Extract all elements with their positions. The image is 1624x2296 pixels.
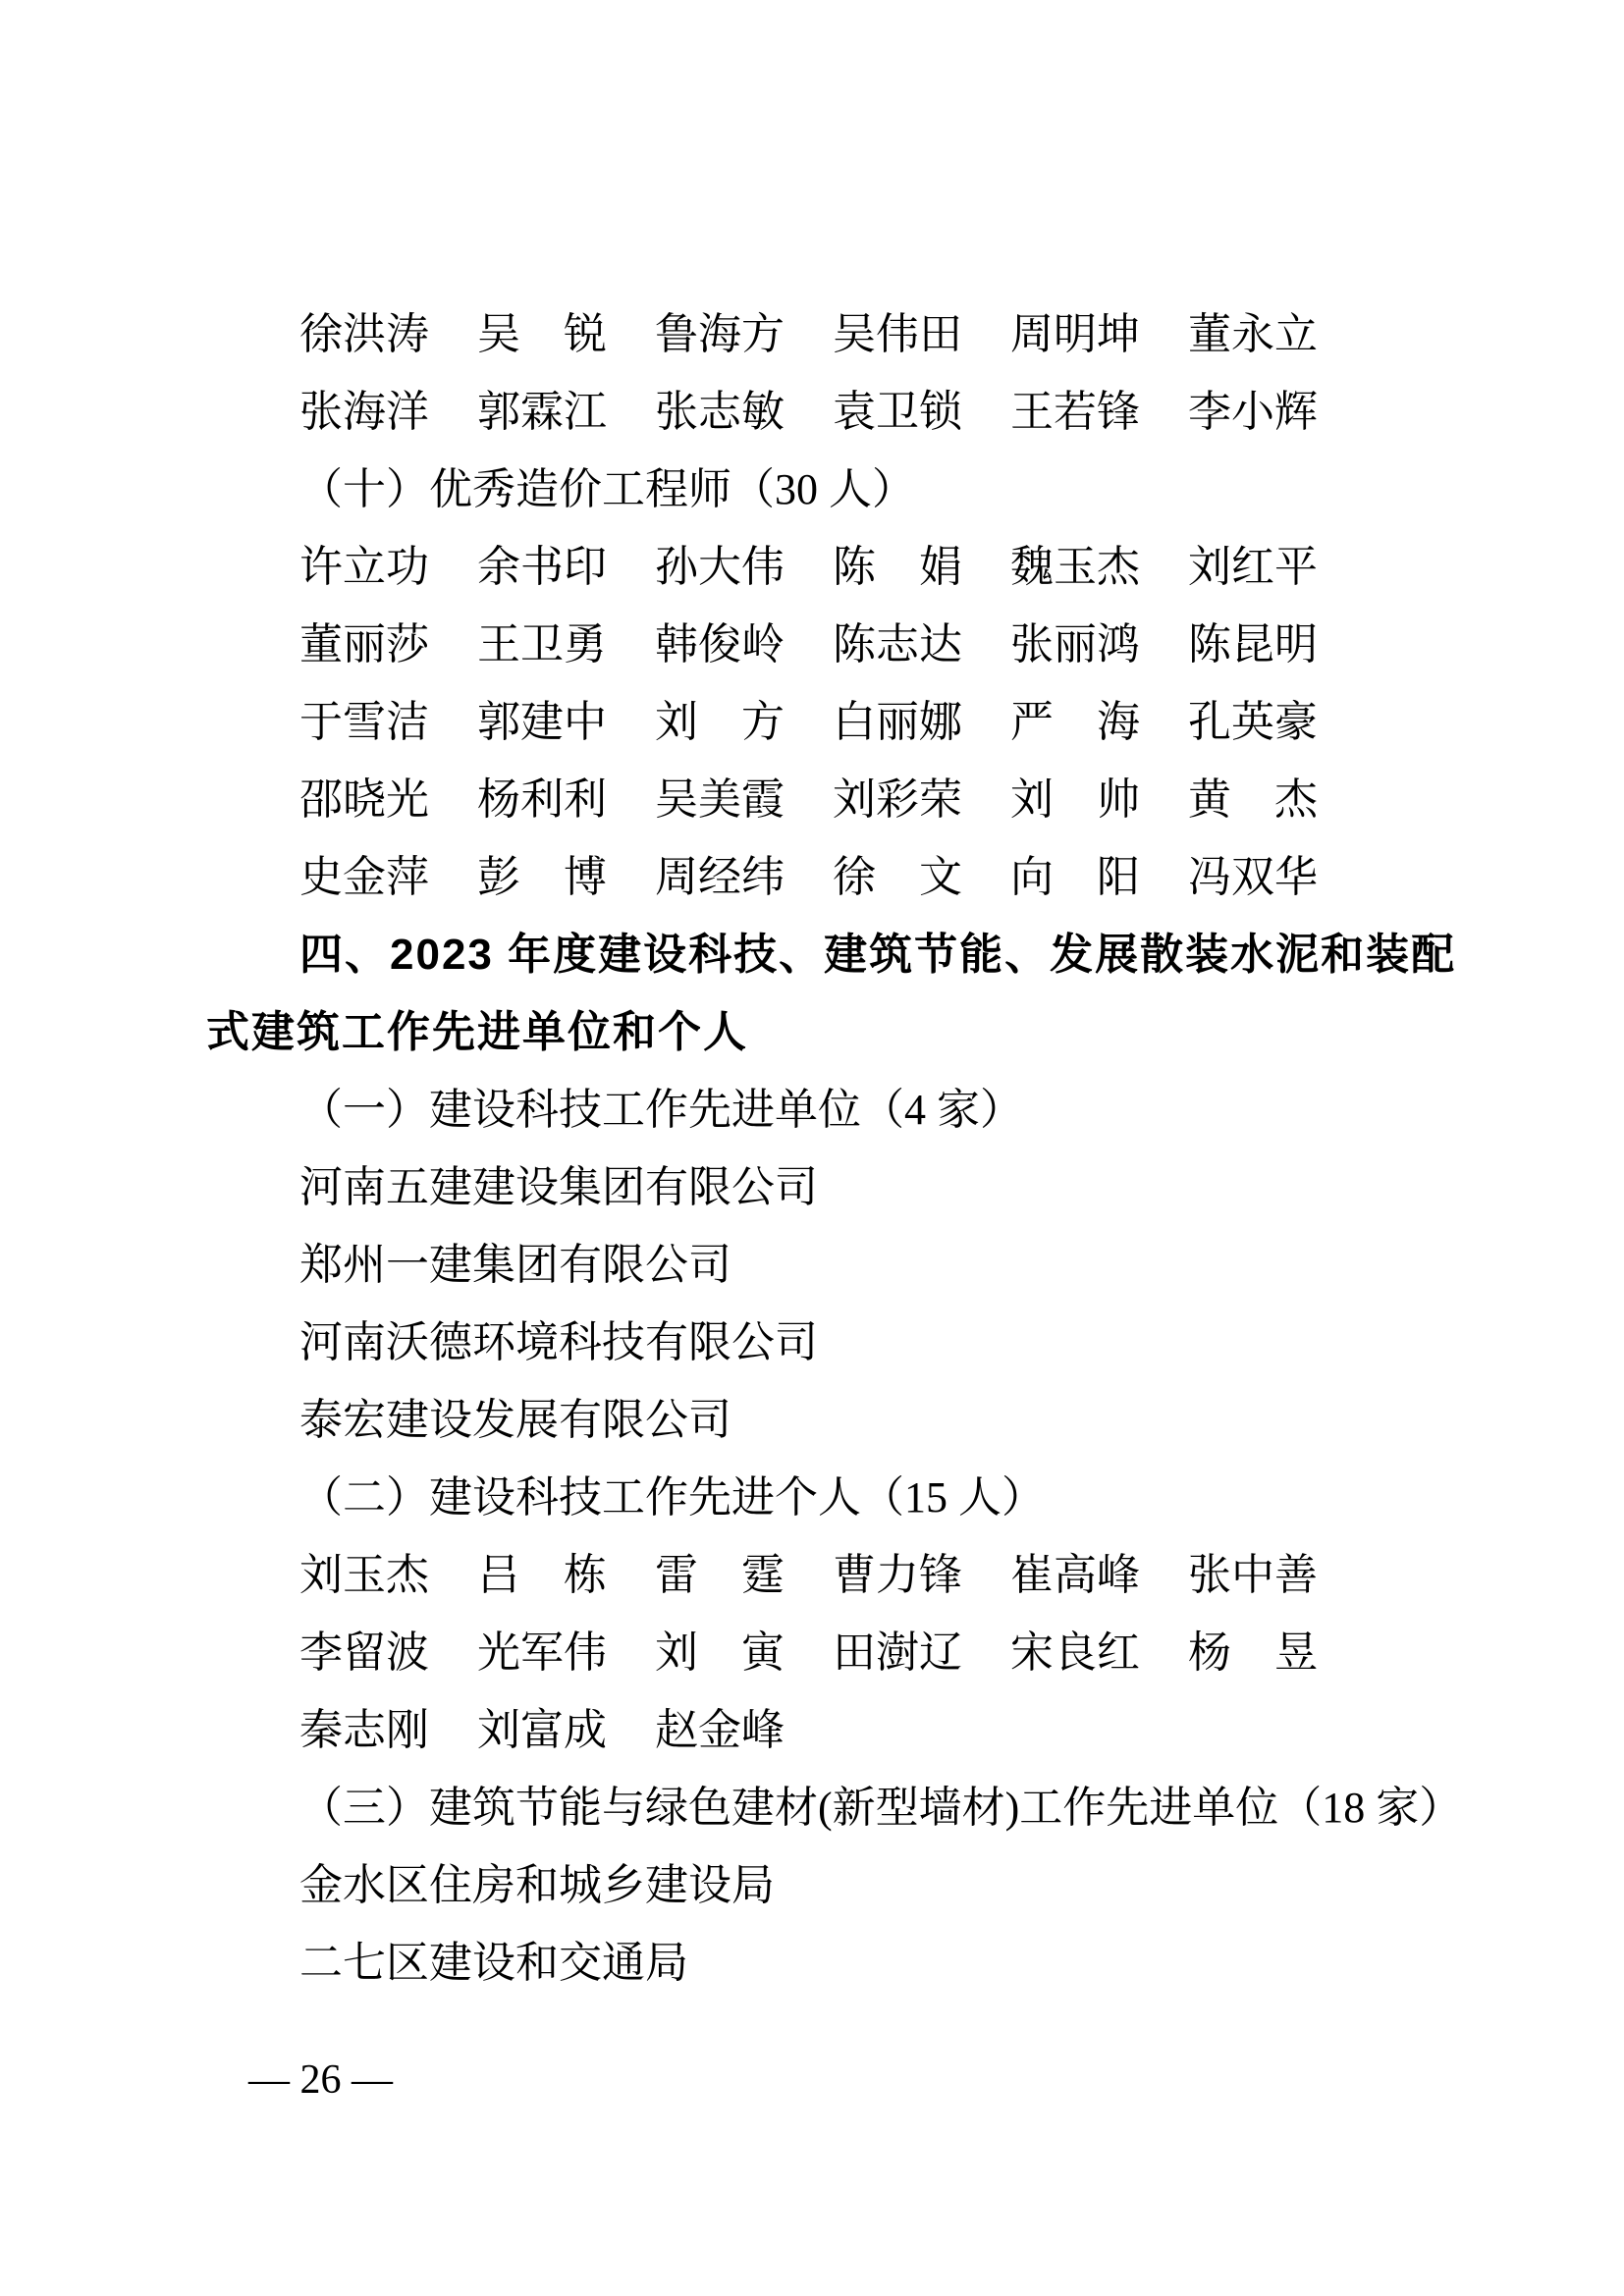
person-name: 吕 栋 [477, 1536, 606, 1614]
person-name: 冯双华 [1188, 838, 1317, 916]
unit-name: 金水区住房和城乡建设局 [206, 1846, 1463, 1924]
person-name: 崔高峰 [1010, 1536, 1139, 1614]
person-name: 张海洋 [299, 373, 428, 451]
unit-name: 河南沃德环境科技有限公司 [206, 1304, 1463, 1381]
unit-name: 郑州一建集团有限公司 [206, 1226, 1463, 1304]
person-name: 吴 锐 [477, 295, 606, 373]
person-name: 黄 杰 [1188, 761, 1317, 838]
section-heading-10: （十）优秀造价工程师（30 人） [206, 451, 1463, 528]
person-name: 彭 博 [477, 838, 606, 916]
name-row: 许立功余书印孙大伟陈 娟魏玉杰刘红平 [206, 528, 1463, 606]
document-page: 徐洪涛吴 锐鲁海方吴伟田周明坤董永立 张海洋郭霖江张志敏袁卫锁王若锋李小辉 （十… [0, 0, 1624, 2296]
person-name: 许立功 [299, 528, 428, 606]
person-name: 刘 帅 [1010, 761, 1139, 838]
name-row: 于雪洁郭建中刘 方白丽娜严 海孔英豪 [206, 683, 1463, 761]
name-row: 徐洪涛吴 锐鲁海方吴伟田周明坤董永立 [206, 295, 1463, 373]
person-name: 张志敏 [655, 373, 784, 451]
name-row: 张海洋郭霖江张志敏袁卫锁王若锋李小辉 [206, 373, 1463, 451]
person-name: 史金萍 [299, 838, 428, 916]
name-row: 刘玉杰吕 栋雷 霆曹力锋崔高峰张中善 [206, 1536, 1463, 1614]
person-name: 徐洪涛 [299, 295, 428, 373]
person-name: 刘彩荣 [833, 761, 961, 838]
person-name: 刘 寅 [655, 1614, 784, 1691]
person-name: 吴美霞 [655, 761, 784, 838]
person-name: 李留波 [299, 1614, 428, 1691]
person-name: 于雪洁 [299, 683, 428, 761]
person-name: 陈 娟 [833, 528, 961, 606]
person-name: 向 阳 [1010, 838, 1139, 916]
person-name: 韩俊岭 [655, 606, 784, 683]
person-name: 秦志刚 [299, 1691, 428, 1769]
person-name: 杨 昱 [1188, 1614, 1317, 1691]
part4-heading-line1: 四、2023 年度建设科技、建筑节能、发展散装水泥和装配 [206, 916, 1463, 993]
person-name: 王卫勇 [477, 606, 606, 683]
unit-name: 二七区建设和交通局 [206, 1924, 1463, 2002]
person-name: 田澍辽 [833, 1614, 961, 1691]
name-row: 秦志刚刘富成赵金峰 [206, 1691, 1463, 1769]
person-name: 陈昆明 [1188, 606, 1317, 683]
unit-name: 河南五建建设集团有限公司 [206, 1148, 1463, 1226]
page-content: 徐洪涛吴 锐鲁海方吴伟田周明坤董永立 张海洋郭霖江张志敏袁卫锁王若锋李小辉 （十… [206, 295, 1463, 2002]
name-row: 董丽莎王卫勇韩俊岭陈志达张丽鸿陈昆明 [206, 606, 1463, 683]
person-name: 刘玉杰 [299, 1536, 428, 1614]
person-name: 董永立 [1188, 295, 1317, 373]
name-row: 史金萍彭 博周经纬徐 文向 阳冯双华 [206, 838, 1463, 916]
person-name: 郭建中 [477, 683, 606, 761]
section-heading-1: （一）建设科技工作先进单位（4 家） [206, 1071, 1463, 1148]
person-name: 曹力锋 [833, 1536, 961, 1614]
person-name: 周明坤 [1010, 295, 1139, 373]
person-name: 严 海 [1010, 683, 1139, 761]
person-name: 陈志达 [833, 606, 961, 683]
person-name: 赵金峰 [655, 1691, 784, 1769]
person-name: 邵晓光 [299, 761, 428, 838]
person-name: 白丽娜 [833, 683, 961, 761]
person-name: 余书印 [477, 528, 606, 606]
person-name: 徐 文 [833, 838, 961, 916]
person-name: 郭霖江 [477, 373, 606, 451]
name-row: 李留波光军伟刘 寅田澍辽宋良红杨 昱 [206, 1614, 1463, 1691]
section-heading-3: （三）建筑节能与绿色建材(新型墙材)工作先进单位（18 家） [206, 1769, 1463, 1846]
person-name: 张丽鸿 [1010, 606, 1139, 683]
person-name: 雷 霆 [655, 1536, 784, 1614]
person-name: 刘富成 [477, 1691, 606, 1769]
page-number: — 26 — [248, 2057, 393, 2103]
person-name: 宋良红 [1010, 1614, 1139, 1691]
person-name: 董丽莎 [299, 606, 428, 683]
person-name: 孔英豪 [1188, 683, 1317, 761]
person-name: 袁卫锁 [833, 373, 961, 451]
person-name: 刘 方 [655, 683, 784, 761]
part4-heading-line2: 式建筑工作先进单位和个人 [206, 993, 1463, 1071]
person-name: 李小辉 [1188, 373, 1317, 451]
person-name: 周经纬 [655, 838, 784, 916]
person-name: 杨利利 [477, 761, 606, 838]
person-name: 魏玉杰 [1010, 528, 1139, 606]
name-row: 邵晓光杨利利吴美霞刘彩荣刘 帅黄 杰 [206, 761, 1463, 838]
unit-name: 泰宏建设发展有限公司 [206, 1381, 1463, 1459]
person-name: 吴伟田 [833, 295, 961, 373]
person-name: 孙大伟 [655, 528, 784, 606]
person-name: 王若锋 [1010, 373, 1139, 451]
person-name: 张中善 [1188, 1536, 1317, 1614]
person-name: 鲁海方 [655, 295, 784, 373]
person-name: 刘红平 [1188, 528, 1317, 606]
person-name: 光军伟 [477, 1614, 606, 1691]
section-heading-2: （二）建设科技工作先进个人（15 人） [206, 1459, 1463, 1536]
